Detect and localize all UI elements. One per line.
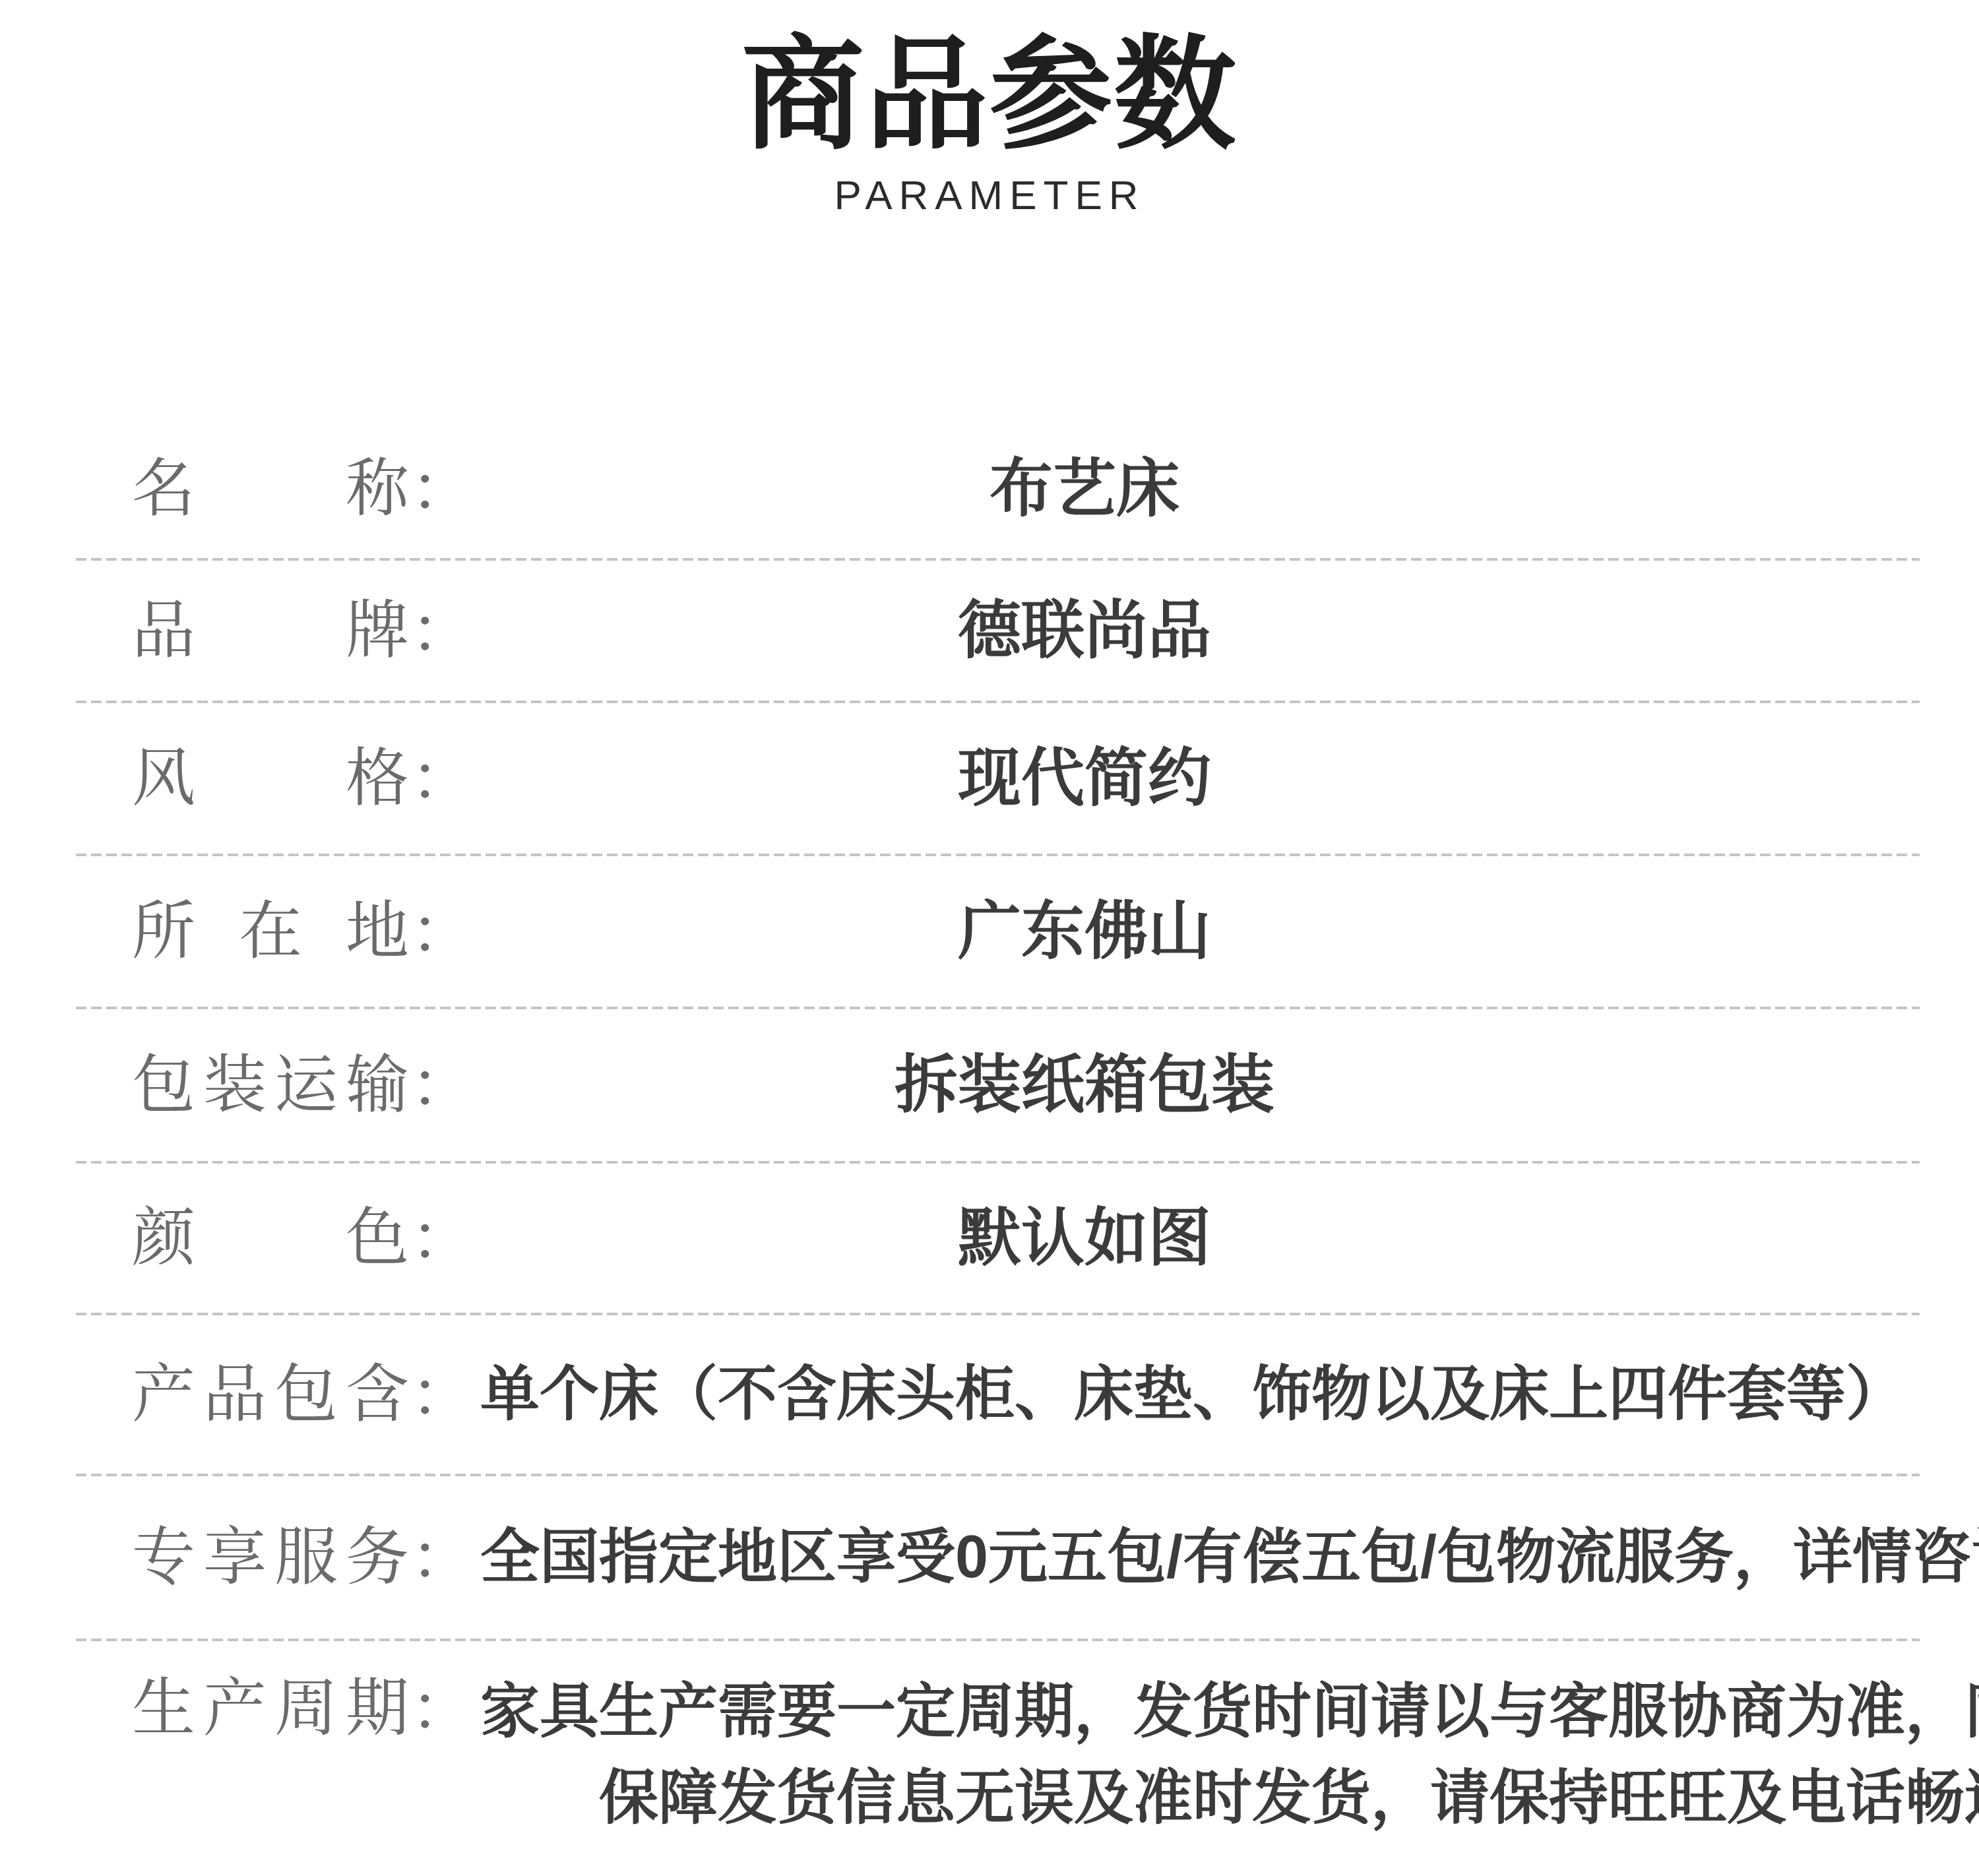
param-label-text: 生产周期 [132,1669,409,1748]
param-label: 颜色： [132,1199,474,1278]
label-colon: ： [410,449,474,528]
param-value-line: 保障发货信息无误及准时发货，请保持旺旺及电话畅通 [480,1755,1979,1842]
label-colon: ： [410,1669,474,1748]
label-colon: ： [410,591,474,670]
param-label: 产品包含： [132,1355,474,1434]
param-label: 包装运输： [132,1046,474,1125]
label-colon: ： [410,1199,474,1278]
product-parameter-sheet: 商品参数 PARAMETER 名称： 布艺床 品牌： 德联尚品 风格： 现代简约 [0,0,1979,1876]
param-row-style: 风格： 现代简约 [0,703,1979,854]
param-label: 品牌： [132,591,474,670]
param-label-text: 品牌 [132,591,409,670]
param-value: 拆装纸箱包装 [474,1046,1695,1125]
param-value: 家具生产需要一定周期，发货时间请以与客服协商为准，同时为 保障发货信息无误及准时… [474,1669,1979,1841]
param-value-line: 家具生产需要一定周期，发货时间请以与客服协商为准，同时为 [480,1669,1979,1755]
parameter-rows: 名称： 布艺床 品牌： 德联尚品 风格： 现代简约 所在地： 广东佛山 [0,420,1979,1861]
param-label-text: 专享服务 [132,1518,409,1597]
param-label: 所在地： [132,892,474,971]
param-row-packing: 包装运输： 拆装纸箱包装 [0,1009,1979,1161]
param-row-location: 所在地： 广东佛山 [0,856,1979,1007]
param-row-includes: 产品包含： 单个床（不含床头柜、床垫、饰物以及床上四件套等） [0,1315,1979,1474]
label-colon: ： [410,892,474,971]
page-title: 商品参数 [0,25,1979,166]
param-label-text: 产品包含 [132,1355,409,1434]
param-value: 默认如图 [474,1199,1695,1278]
param-value: 单个床（不含床头柜、床垫、饰物以及床上四件套等） [474,1358,1906,1432]
param-label: 名称： [132,449,474,528]
param-value: 广东佛山 [474,892,1695,971]
param-row-brand: 品牌： 德联尚品 [0,561,1979,701]
param-label: 风格： [132,739,474,818]
param-value: 现代简约 [474,739,1695,818]
page-subtitle: PARAMETER [0,172,1979,220]
param-value: 全国指定地区享受0元五包/有偿五包/包物流服务，详情咨询客服 [474,1520,1979,1595]
param-label-text: 风格 [132,739,409,818]
param-row-production-cycle: 生产周期： 家具生产需要一定周期，发货时间请以与客服协商为准，同时为 保障发货信… [0,1641,1979,1861]
header: 商品参数 PARAMETER [0,0,1979,220]
param-row-color: 颜色： 默认如图 [0,1164,1979,1313]
param-row-service: 专享服务： 全国指定地区享受0元五包/有偿五包/包物流服务，详情咨询客服 [0,1476,1979,1639]
param-value: 布艺床 [474,449,1695,528]
param-label-text: 包装运输 [132,1046,409,1125]
param-row-name: 名称： 布艺床 [0,420,1979,558]
label-colon: ： [410,739,474,818]
param-value: 德联尚品 [474,591,1695,670]
label-colon: ： [410,1355,474,1434]
param-label-text: 所在地 [132,892,409,971]
label-colon: ： [410,1518,474,1597]
param-label: 生产周期： [132,1669,474,1748]
param-label-text: 名称 [132,449,409,528]
param-label: 专享服务： [132,1518,474,1597]
param-label-text: 颜色 [132,1199,409,1278]
label-colon: ： [410,1046,474,1125]
